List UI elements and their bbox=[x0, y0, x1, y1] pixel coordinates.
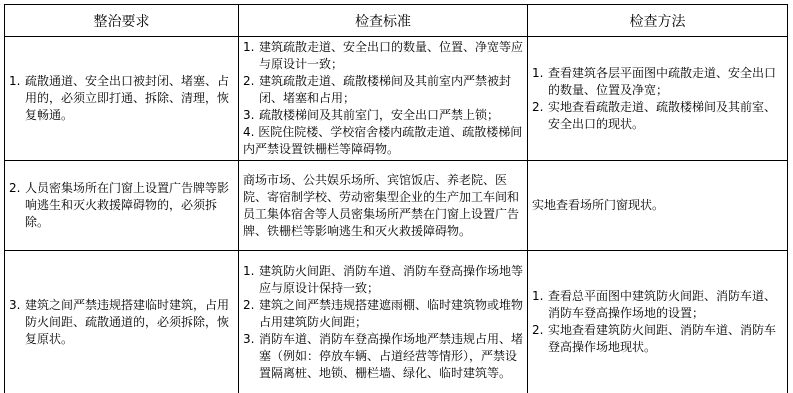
list-item: 2.人员密集场所在门窗上设置广告牌等影响逃生和灭火救援障碍物的，必须拆除。 bbox=[9, 180, 234, 231]
list-item: 3.建筑之间严禁违规搭建临时建筑，占用防火间距、疏散通道的，必须拆除，恢复原状。 bbox=[9, 297, 234, 348]
header-row: 整治要求 检查标准 检查方法 bbox=[5, 5, 788, 37]
list-item: 1.查看建筑各层平面图中疏散走道、安全出口的数量、位置及净宽； bbox=[532, 65, 783, 99]
header-method: 检查方法 bbox=[528, 5, 788, 37]
list-item: 3.消防车道、消防车登高操作场地严禁违规占用、堵塞（例如：停放车辆、占道经营等情… bbox=[243, 331, 523, 382]
table-row: 2.人员密集场所在门窗上设置广告牌等影响逃生和灭火救援障碍物的，必须拆除。 商场… bbox=[5, 161, 788, 251]
item-number: 2. bbox=[9, 180, 25, 197]
item-text: 建筑之间严禁违规搭建临时建筑，占用防火间距、疏散通道的，必须拆除，恢复原状。 bbox=[25, 298, 229, 346]
requirement-cell: 3.建筑之间严禁违规搭建临时建筑，占用防火间距、疏散通道的，必须拆除，恢复原状。 bbox=[5, 251, 239, 393]
item-number: 3. bbox=[9, 297, 25, 314]
list-item: 1.疏散通道、安全出口被封闭、堵塞、占用的，必须立即打通、拆除、清理，恢复畅通。 bbox=[9, 73, 234, 124]
standard-text: 商场市场、公共娱乐场所、宾馆饭店、养老院、医院、寄宿制学校、劳动密集型企业的生产… bbox=[243, 172, 523, 240]
list-item: 2.建筑之间严禁违规搭建遮雨棚、临时建筑物或堆物占用建筑防火间距； bbox=[243, 297, 523, 331]
item-number: 2. bbox=[532, 99, 548, 116]
list-item: 4. 医院住院楼、学校宿舍楼内疏散走道、疏散楼梯间内严禁设置铁栅栏等障碍物。 bbox=[243, 124, 523, 158]
requirement-cell: 1.疏散通道、安全出口被封闭、堵塞、占用的，必须立即打通、拆除、清理，恢复畅通。 bbox=[5, 37, 239, 161]
standard-cell: 1.建筑疏散走道、安全出口的数量、位置、净宽等应与原设计一致； 2.建筑疏散走道… bbox=[239, 37, 528, 161]
item-text: 实地查看疏散走道、疏散楼梯间及其前室、安全出口的现状。 bbox=[548, 100, 776, 131]
item-number: 1. bbox=[243, 263, 259, 280]
item-number: 1. bbox=[532, 288, 548, 305]
item-text: 人员密集场所在门窗上设置广告牌等影响逃生和灭火救援障碍物的，必须拆除。 bbox=[25, 181, 229, 229]
table-row: 1.疏散通道、安全出口被封闭、堵塞、占用的，必须立即打通、拆除、清理，恢复畅通。… bbox=[5, 37, 788, 161]
item-text: 建筑防火间距、消防车道、消防车登高操作场地等应与原设计保持一致； bbox=[259, 264, 523, 295]
item-text: 查看总平面图中建筑防火间距、消防车道、消防车登高操作场地的设置； bbox=[548, 289, 776, 320]
item-number: 1. bbox=[9, 73, 25, 90]
item-text: 消防车道、消防车登高操作场地严禁违规占用、堵塞（例如：停放车辆、占道经营等情形）… bbox=[259, 332, 523, 380]
item-number: 2. bbox=[243, 297, 259, 314]
list-item: 3.疏散楼梯间及其前室门，安全出口严禁上锁； bbox=[243, 107, 523, 124]
item-text: 疏散通道、安全出口被封闭、堵塞、占用的，必须立即打通、拆除、清理，恢复畅通。 bbox=[25, 74, 229, 122]
item-text: 查看建筑各层平面图中疏散走道、安全出口的数量、位置及净宽； bbox=[548, 66, 776, 97]
item-number: 1. bbox=[532, 65, 548, 82]
list-item: 1.建筑防火间距、消防车道、消防车登高操作场地等应与原设计保持一致； bbox=[243, 263, 523, 297]
method-text: 实地查看场所门窗现状。 bbox=[532, 197, 783, 214]
item-text: 建筑疏散走道、疏散楼梯间及其前室内严禁被封闭、堵塞和占用； bbox=[259, 74, 511, 105]
item-text: 建筑疏散走道、安全出口的数量、位置、净宽等应与原设计一致； bbox=[259, 40, 523, 71]
rectification-table: 整治要求 检查标准 检查方法 1.疏散通道、安全出口被封闭、堵塞、占用的，必须立… bbox=[4, 4, 788, 393]
item-text: 建筑之间严禁违规搭建遮雨棚、临时建筑物或堆物占用建筑防火间距； bbox=[259, 298, 523, 329]
item-text: 实地查看建筑防火间距、消防车道、消防车登高操作场地现状。 bbox=[548, 323, 776, 354]
list-item: 2.实地查看疏散走道、疏散楼梯间及其前室、安全出口的现状。 bbox=[532, 99, 783, 133]
method-cell: 1.查看总平面图中建筑防火间距、消防车道、消防车登高操作场地的设置； 2.实地查… bbox=[528, 251, 788, 393]
header-standard: 检查标准 bbox=[239, 5, 528, 37]
list-item: 1.建筑疏散走道、安全出口的数量、位置、净宽等应与原设计一致； bbox=[243, 39, 523, 73]
item-text: 疏散楼梯间及其前室门，安全出口严禁上锁； bbox=[259, 108, 499, 122]
list-item: 2.建筑疏散走道、疏散楼梯间及其前室内严禁被封闭、堵塞和占用； bbox=[243, 73, 523, 107]
standard-cell: 商场市场、公共娱乐场所、宾馆饭店、养老院、医院、寄宿制学校、劳动密集型企业的生产… bbox=[239, 161, 528, 251]
item-number: 3. bbox=[243, 331, 259, 348]
table-row: 3.建筑之间严禁违规搭建临时建筑，占用防火间距、疏散通道的，必须拆除，恢复原状。… bbox=[5, 251, 788, 393]
header-requirement: 整治要求 bbox=[5, 5, 239, 37]
method-cell: 1.查看建筑各层平面图中疏散走道、安全出口的数量、位置及净宽； 2.实地查看疏散… bbox=[528, 37, 788, 161]
item-text: 医院住院楼、学校宿舍楼内疏散走道、疏散楼梯间内严禁设置铁栅栏等障碍物。 bbox=[243, 125, 522, 156]
item-number: 3. bbox=[243, 107, 259, 124]
item-number: 2. bbox=[243, 73, 259, 90]
method-cell: 实地查看场所门窗现状。 bbox=[528, 161, 788, 251]
list-item: 2.实地查看建筑防火间距、消防车道、消防车登高操作场地现状。 bbox=[532, 322, 783, 356]
item-number: 1. bbox=[243, 39, 259, 56]
requirement-cell: 2.人员密集场所在门窗上设置广告牌等影响逃生和灭火救援障碍物的，必须拆除。 bbox=[5, 161, 239, 251]
list-item: 1.查看总平面图中建筑防火间距、消防车道、消防车登高操作场地的设置； bbox=[532, 288, 783, 322]
item-number: 2. bbox=[532, 322, 548, 339]
standard-cell: 1.建筑防火间距、消防车道、消防车登高操作场地等应与原设计保持一致； 2.建筑之… bbox=[239, 251, 528, 393]
item-number: 4. bbox=[243, 125, 254, 139]
